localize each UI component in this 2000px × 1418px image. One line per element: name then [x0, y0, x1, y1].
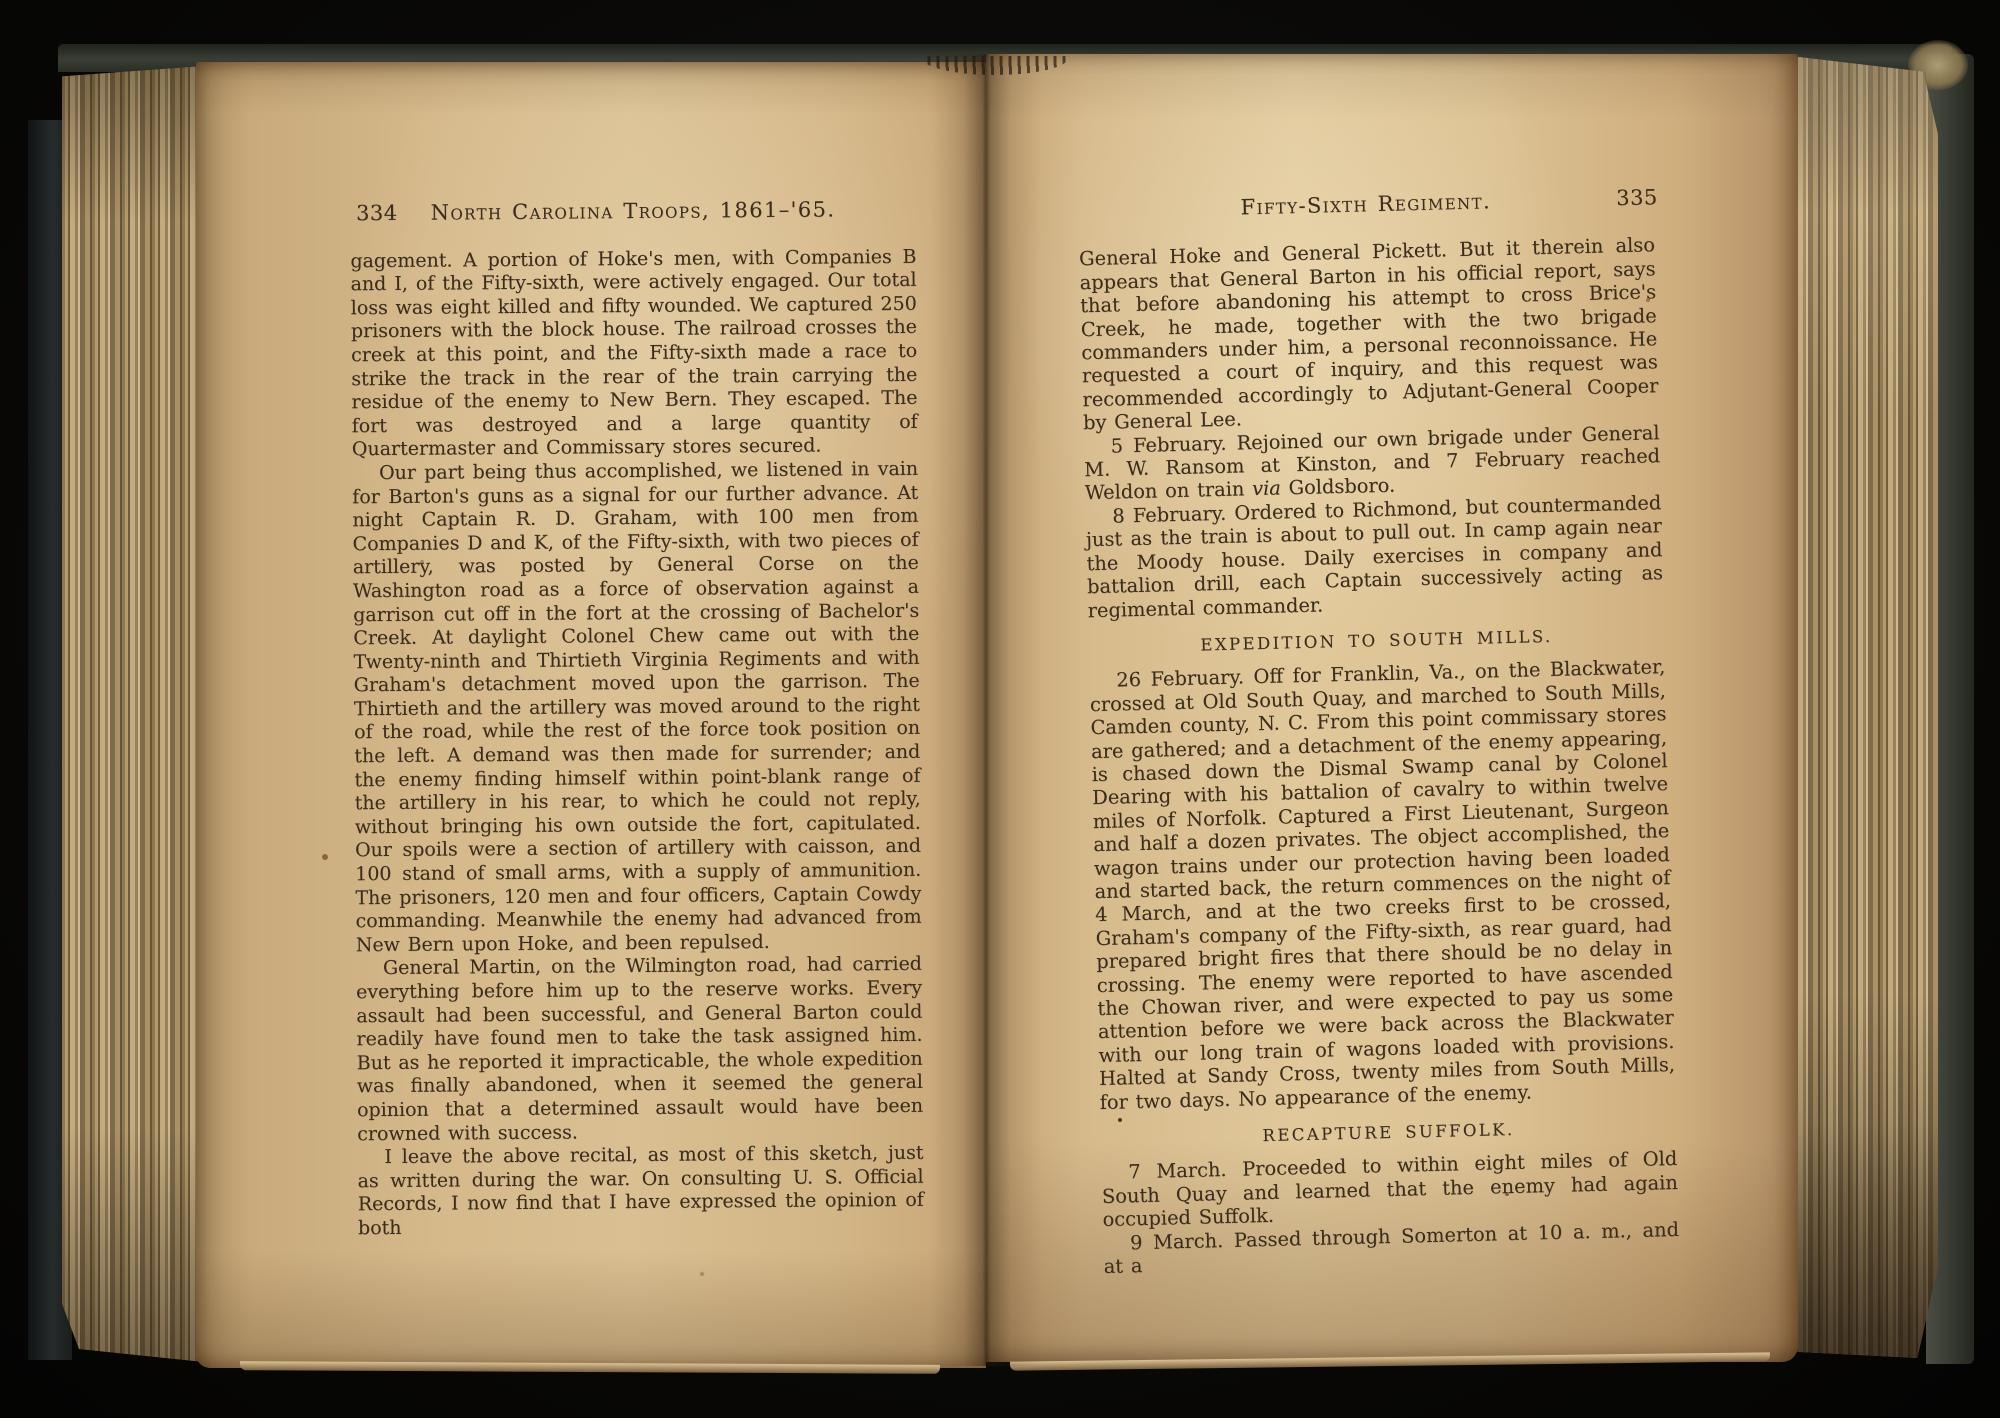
running-header-row: Fifty-Sixth Regiment. 335: [1078, 186, 1654, 223]
running-header-row: 334 North Carolina Troops, 1861–'65.: [350, 198, 916, 226]
right-page-text: Fifty-Sixth Regiment. 335 General Hoke a…: [1078, 186, 1680, 1278]
italic-word: via: [1252, 477, 1281, 501]
gutter-shadow: [930, 54, 1042, 1366]
left-page: 334 North Carolina Troops, 1861–'65. gag…: [196, 62, 986, 1368]
book-scan: 334 North Carolina Troops, 1861–'65. gag…: [0, 0, 2000, 1418]
section-heading: EXPEDITION TO SOUTH MILLS.: [1088, 622, 1664, 659]
paper-speckles: [0, 0, 4, 4]
paragraph: I leave the above recital, as most of th…: [357, 1142, 924, 1241]
paragraph: General Hoke and General Pickett. But it…: [1079, 234, 1659, 435]
right-page-number: 335: [1616, 186, 1658, 210]
page-edge-stack-left: [62, 66, 204, 1362]
left-page-text: 334 North Carolina Troops, 1861–'65. gag…: [350, 198, 924, 1241]
left-page-number: 334: [356, 202, 398, 226]
section-heading: RECAPTURE SUFFOLK.: [1100, 1114, 1676, 1151]
paragraph: Our part being thus accomplished, we lis…: [352, 458, 922, 958]
right-running-header: Fifty-Sixth Regiment.: [1240, 189, 1491, 219]
page-edge-stack-right: [1790, 56, 1938, 1358]
paragraph: 26 February. Off for Franklin, Va., on t…: [1089, 655, 1676, 1114]
left-running-header: North Carolina Troops, 1861–'65.: [431, 197, 836, 224]
paragraph: gagement. A portion of Hoke's men, with …: [350, 245, 918, 462]
paragraph: General Martin, on the Wilmington road, …: [356, 953, 923, 1146]
right-page: Fifty-Sixth Regiment. 335 General Hoke a…: [986, 54, 1798, 1362]
paragraph-text: Goldsboro.: [1281, 474, 1396, 500]
paragraph: 8 February. Ordered to Richmond, but cou…: [1085, 491, 1664, 622]
